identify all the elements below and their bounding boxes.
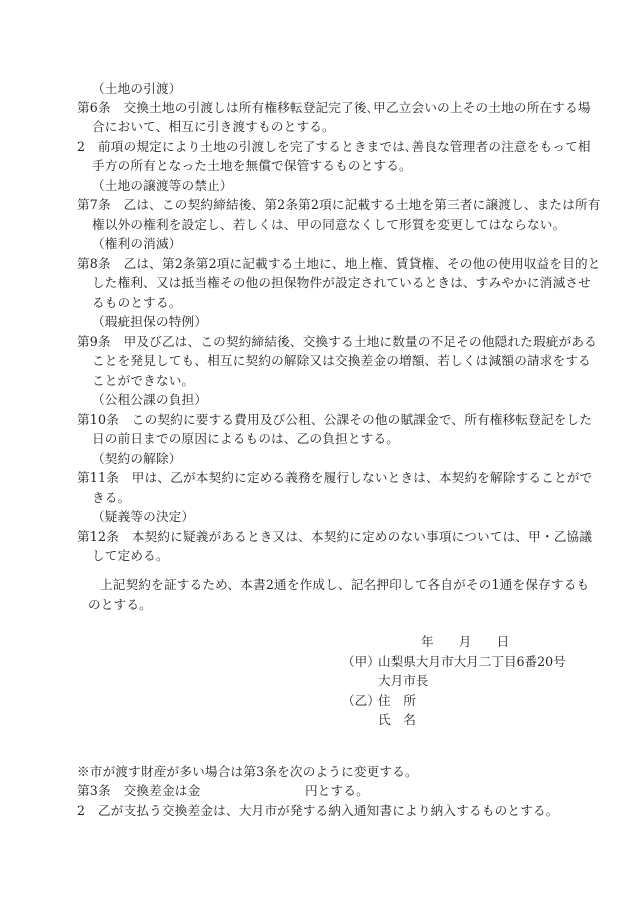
signature-date: 年 月 日 — [421, 632, 509, 651]
article-11-line-1: 第11条 甲は、乙が本契約に定める義務を履行しないときは、本契約を解除することが… — [77, 468, 592, 487]
article-6-heading: （土地の引渡） — [92, 79, 182, 98]
article-8-heading: （権利の消滅） — [92, 234, 182, 253]
document-page: （土地の引渡） 第6条 交換土地の引渡しは所有権移転登記完了後､甲乙立会いの上そ… — [0, 0, 630, 915]
article-10-heading: （公租公課の負担） — [92, 390, 207, 409]
party-b-address-label: 住 所 — [378, 691, 416, 710]
article-7-line-2: 権以外の権利を設定し、若しくは、甲の同意なくして形質を変更してはならない。 — [92, 215, 565, 234]
article-9-line-1: 第9条 甲及び乙は、この契約締結後、交換する土地に数量の不足その他隠れた瑕疵があ… — [77, 332, 597, 351]
article-7-line-1: 第7条 乙は、この契約締結後、第2条第2項に記載する土地を第三者に譲渡し、または… — [77, 195, 601, 214]
article-6-line-1: 第6条 交換土地の引渡しは所有権移転登記完了後､甲乙立会いの上その土地の所在する… — [77, 98, 591, 117]
article-6-item-2-line-1: 2 前項の規定により土地の引渡しを完了するときまでは､善良な管理者の注意をもって… — [77, 137, 591, 156]
article-10-line-1: 第10条 この契約に要する費用及び公租、公課その他の賦課金で、所有権移転登記をし… — [77, 410, 592, 429]
party-a-name: 大月市長 — [378, 671, 428, 690]
article-6-line-2: 合において、相互に引き渡すものとする。 — [92, 117, 335, 136]
closing-line-2: のとする。 — [88, 595, 152, 614]
note-article-3-suffix: 円とする。 — [305, 781, 369, 800]
article-9-line-3: ことができない。 — [92, 371, 194, 390]
article-12-line-1: 第12条 本契約に疑義があるとき又は、本契約に定めのない事項については、甲・乙協… — [77, 527, 592, 546]
article-7-heading: （土地の譲渡等の禁止） — [92, 176, 233, 195]
article-8-line-3: るものとする。 — [92, 293, 182, 312]
article-9-heading: （瑕疵担保の特例） — [92, 312, 207, 331]
article-10-line-2: 日の前日までの原因によるものは、乙の負担とする。 — [92, 429, 399, 448]
article-12-line-2: して定める。 — [92, 546, 169, 565]
note-item-2: 2 乙が支払う交換差金は、大月市が発する納入通知書により納入するものとする。 — [77, 801, 559, 820]
article-12-heading: （疑義等の決定） — [92, 507, 194, 526]
article-8-line-1: 第8条 乙は、第2条第2項に記載する土地に、地上権、賃貸権、その他の使用収益を目… — [77, 254, 601, 273]
article-9-line-2: ことを発見しても、相互に契約の解除又は交換差金の増額、若しくは減額の請求をする — [92, 351, 591, 370]
note-article-3-prefix: 第3条 交換差金は金 — [77, 781, 200, 800]
article-11-line-2: きる。 — [92, 488, 130, 507]
party-b-label: （乙） — [342, 691, 380, 710]
party-a-label: （甲） — [342, 652, 380, 671]
article-6-item-2-line-2: 手方の所有となった土地を無償で保管するものとする。 — [92, 156, 412, 175]
article-8-line-2: した権利、又は抵当権その他の担保物件が設定されているときは、すみやかに消滅させ — [92, 273, 591, 292]
party-b-name-label: 氏 名 — [378, 710, 416, 729]
closing-line-1: 上記契約を証するため、本書2通を作成し、記名押印して各自がその1通を保存するも — [100, 575, 589, 594]
party-a-address: 山梨県大月市大月二丁目6番20号 — [378, 652, 566, 671]
article-11-heading: （契約の解除） — [92, 449, 182, 468]
note-intro: ※市が渡す財産が多い場合は第3条を次のように変更する。 — [77, 762, 418, 781]
